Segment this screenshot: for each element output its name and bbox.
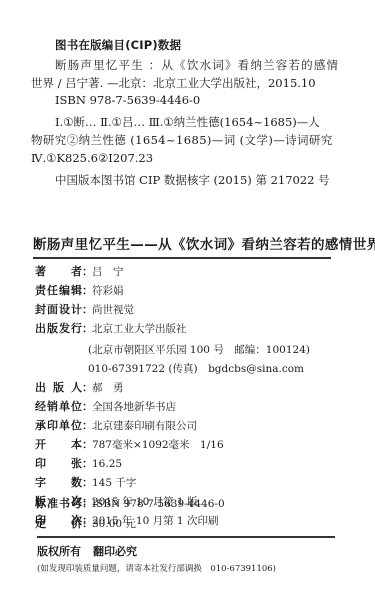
- label-char: 价: [71, 517, 82, 531]
- label-char: 开: [35, 438, 46, 452]
- label-char: 任: [47, 284, 58, 298]
- colophon-label: 出版人: [35, 381, 82, 395]
- label-char: 印: [35, 457, 46, 471]
- copyright-notice: 版权所有翻印必究: [37, 543, 137, 559]
- label-char: 出: [35, 322, 46, 336]
- label-char: 承: [35, 419, 46, 433]
- cip-classification-line-1: Ⅰ.①断… Ⅱ.①吕… Ⅲ.①纳兰性德(1654~1685)—人: [55, 114, 320, 130]
- colophon-value: 全国各地新华书店: [92, 400, 176, 414]
- colophon-label: 字数: [35, 476, 82, 490]
- colophon-value: ISBN 978-7-5639-4446-0: [92, 497, 225, 511]
- label-char: 号: [71, 497, 82, 511]
- colon: ：: [82, 322, 92, 336]
- label-char: 者: [71, 265, 82, 279]
- label-char: 张: [71, 457, 82, 471]
- divider-bottom: [37, 536, 335, 538]
- label-char: 经: [35, 400, 46, 414]
- colophon-row: 出版人：郝 勇: [35, 381, 124, 395]
- colon: ：: [82, 284, 92, 298]
- colon: ：: [82, 517, 92, 531]
- colophon-label: 经销单位: [35, 400, 82, 414]
- colon: ：: [82, 457, 92, 471]
- colophon-label: 封面设计: [35, 303, 82, 317]
- label-char: 面: [47, 303, 58, 317]
- colophon-value: 北京工业大学出版社: [92, 322, 187, 336]
- label-char: 人: [71, 381, 82, 395]
- colophon-row: 著者：吕 宁: [35, 265, 124, 279]
- label-char: 单: [59, 400, 70, 414]
- cip-isbn: ISBN 978-7-5639-4446-0: [55, 92, 200, 108]
- label-char: 数: [71, 476, 82, 490]
- publisher-contact: 010-67391722 (传真) bgdcbs@sina.com: [88, 361, 304, 376]
- colophon-label: 出版发行: [35, 322, 82, 336]
- colophon-row: 封面设计：尚世视觉: [35, 303, 134, 317]
- copyright-all-rights: 版权所有: [37, 545, 81, 558]
- colophon-row: 经销单位：全国各地新华书店: [35, 400, 176, 414]
- label-char: 设: [59, 303, 70, 317]
- colon: ：: [82, 476, 92, 490]
- colon: ：: [82, 265, 92, 279]
- label-char: 著: [35, 265, 46, 279]
- cip-heading: 图书在版编目(CIP)数据: [55, 37, 181, 53]
- colophon-value: 16.25: [92, 457, 122, 471]
- colophon-row: 印张：16.25: [35, 457, 122, 471]
- colophon-row: 承印单位：北京建泰印刷有限公司: [35, 419, 197, 433]
- cip-title-line-2: 世界 / 吕宁著. —北京：北京工业大学出版社，2015.10: [31, 75, 316, 91]
- label-char: 行: [71, 322, 82, 336]
- label-char: 发: [59, 322, 70, 336]
- label-char: 准: [47, 497, 58, 511]
- colon: ：: [82, 497, 92, 511]
- label-char: 编: [59, 284, 70, 298]
- label-char: 出: [35, 381, 46, 395]
- colophon-value: 吕 宁: [92, 265, 124, 279]
- label-char: 位: [71, 419, 82, 433]
- colophon-label: 著者: [35, 265, 82, 279]
- colophon-row: 定价：30.00 元: [35, 517, 136, 531]
- book-title: 断肠声里忆平生——从《饮水词》看纳兰容若的感情世界: [33, 233, 375, 253]
- colon: ：: [82, 438, 92, 452]
- label-char: 销: [47, 400, 58, 414]
- label-char: 本: [71, 438, 82, 452]
- colophon-label: 开本: [35, 438, 82, 452]
- colophon-row: 标准书号：ISBN 978-7-5639-4446-0: [35, 497, 225, 511]
- divider-top: [33, 257, 331, 259]
- colophon-value: 145 千字: [92, 476, 136, 490]
- colon: ：: [82, 381, 92, 395]
- colophon-label: 承印单位: [35, 419, 82, 433]
- colophon-label: 标准书号: [35, 497, 82, 511]
- cip-classification-line-2: 物研究②纳兰性德 (1654~1685)—词 (文学)—诗词研究: [31, 132, 333, 148]
- cip-classification-line-3: Ⅳ.①K825.6②I207.23: [31, 150, 153, 166]
- colophon-value: 尚世视觉: [92, 303, 134, 317]
- colophon-row: 字数：145 千字: [35, 476, 136, 490]
- quality-issue-note: (如发现印装质量问题，请寄本社发行部调换 010-67391106): [37, 562, 276, 574]
- colophon-value: 787毫米×1092毫米 1/16: [92, 438, 224, 452]
- colophon-value: 30.00 元: [92, 517, 136, 531]
- cip-title-line-1: 断肠声里忆平生 ：从《饮水词》看纳兰容若的感情: [55, 57, 339, 73]
- cip-record-number: 中国版本图书馆 CIP 数据核字 (2015) 第 217022 号: [55, 172, 330, 188]
- label-char: 字: [35, 476, 46, 490]
- label-char: 辑: [71, 284, 82, 298]
- colophon-label: 定价: [35, 517, 82, 531]
- label-char: 定: [35, 517, 46, 531]
- label-char: 标: [35, 497, 46, 511]
- publisher-address: (北京市朝阳区平乐园 100 号 邮编：100124): [88, 342, 310, 357]
- colon: ：: [82, 303, 92, 317]
- colophon-row: 开本：787毫米×1092毫米 1/16: [35, 438, 224, 452]
- colophon-row: 出版发行：北京工业大学出版社: [35, 322, 187, 336]
- label-char: 印: [47, 419, 58, 433]
- label-char: 责: [35, 284, 46, 298]
- label-char: 书: [59, 497, 70, 511]
- label-char: 封: [35, 303, 46, 317]
- copyright-piracy-warning: 翻印必究: [93, 545, 137, 558]
- colophon-value: 郝 勇: [92, 381, 124, 395]
- label-char: 版: [47, 322, 58, 336]
- colophon-row: 责任编辑：符彩娟: [35, 284, 124, 298]
- label-char: 计: [71, 303, 82, 317]
- colon: ：: [82, 400, 92, 414]
- colophon-label: 责任编辑: [35, 284, 82, 298]
- colon: ：: [82, 419, 92, 433]
- colophon-label: 印张: [35, 457, 82, 471]
- label-char: 单: [59, 419, 70, 433]
- colophon-value: 符彩娟: [92, 284, 124, 298]
- label-char: 版: [53, 381, 64, 395]
- colophon-value: 北京建泰印刷有限公司: [92, 419, 197, 433]
- label-char: 位: [71, 400, 82, 414]
